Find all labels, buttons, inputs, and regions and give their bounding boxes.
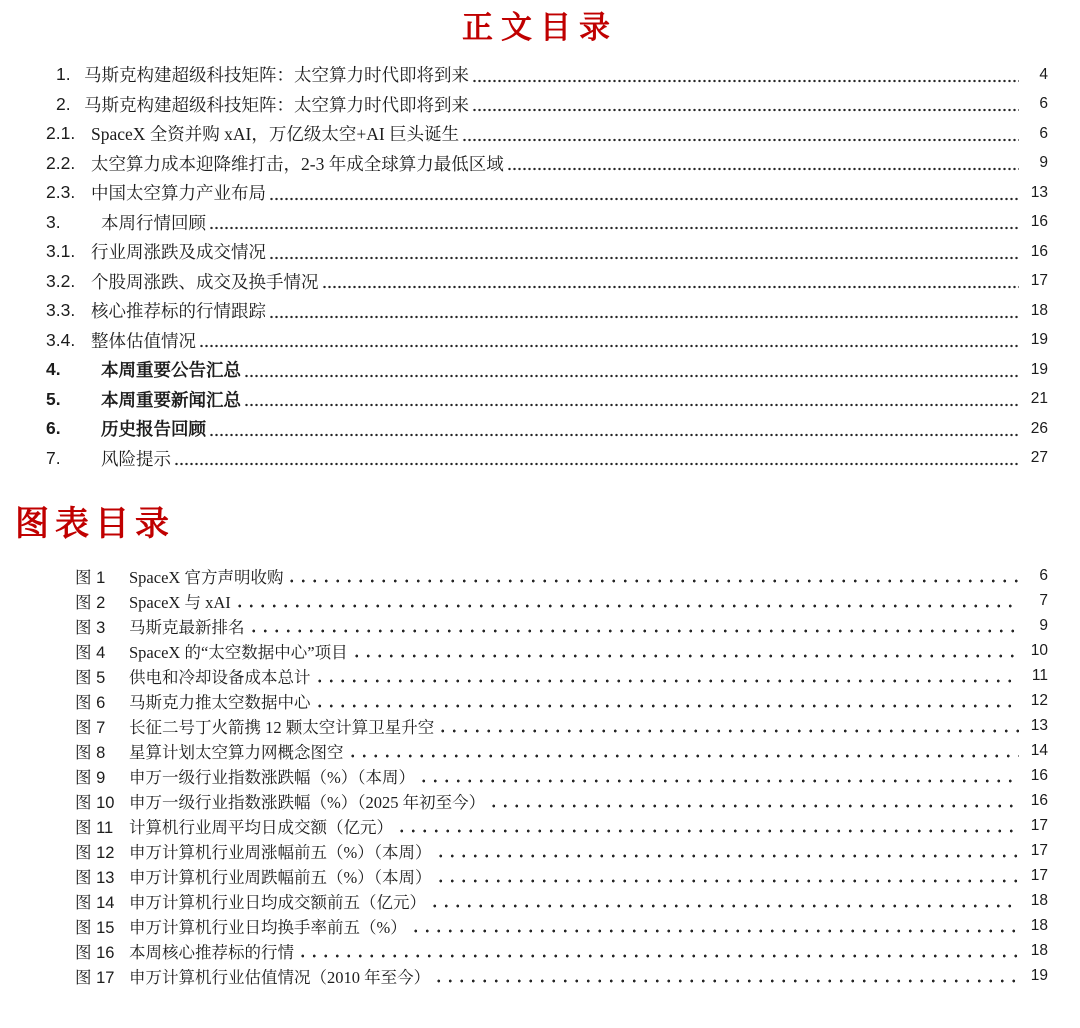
toc-entry-page: 16 — [1022, 243, 1048, 261]
dot-leader-icon — [429, 904, 1019, 908]
toc-entry-page: 13 — [1022, 717, 1048, 735]
dot-leader-icon — [174, 462, 1019, 466]
toc-entry-number: 图 14 — [75, 889, 129, 913]
toc-entry-title: SpaceX 官方声明收购 — [129, 564, 283, 588]
dot-leader-icon — [269, 256, 1019, 260]
dot-leader-icon — [297, 954, 1019, 958]
dot-leader-icon — [462, 138, 1019, 142]
toc-entry-number: 3.4. — [46, 330, 91, 351]
toc-entry-page: 4 — [1022, 66, 1048, 84]
main-toc-entry[interactable]: 5. 本周重要新闻汇总 21 — [46, 385, 1048, 415]
figure-toc-title: 图表目录 — [15, 503, 1080, 547]
toc-entry-number: 3. — [46, 212, 101, 233]
toc-entry-page: 16 — [1022, 767, 1048, 785]
toc-entry-page: 26 — [1022, 420, 1048, 438]
toc-entry-title: 太空算力成本迎降维打击，2-3 年成全球算力最低区域 — [91, 151, 504, 176]
toc-entry-page: 9 — [1022, 617, 1048, 635]
toc-entry-title: 本周行情回顾 — [101, 210, 206, 235]
dot-leader-icon — [410, 929, 1019, 933]
dot-leader-icon — [269, 315, 1019, 319]
toc-entry-title: 马斯克力推太空数据中心 — [129, 689, 311, 713]
toc-entry-page: 6 — [1022, 95, 1048, 113]
toc-entry-number: 图 16 — [75, 939, 129, 963]
toc-entry-number: 图 3 — [75, 614, 129, 638]
dot-leader-icon — [435, 854, 1020, 858]
toc-entry-number: 2. — [56, 94, 84, 115]
figure-toc-entry[interactable]: 图 4 SpaceX 的“太空数据中心”项目 10 — [75, 638, 1048, 663]
toc-entry-title: 本周核心推荐标的行情 — [129, 939, 294, 963]
toc-entry-number: 3.2. — [46, 271, 91, 292]
main-toc-entry[interactable]: 3.2. 个股周涨跌、成交及换手情况 17 — [46, 267, 1048, 297]
dot-leader-icon — [314, 679, 1020, 683]
dot-leader-icon — [234, 604, 1019, 608]
figure-toc-entry[interactable]: 图 13 申万计算机行业周跌幅前五（%）（本周） 17 — [75, 863, 1048, 888]
toc-entry-number: 2.3. — [46, 182, 91, 203]
dot-leader-icon — [433, 979, 1019, 983]
toc-entry-page: 18 — [1022, 917, 1048, 935]
dot-leader-icon — [488, 804, 1019, 808]
toc-entry-title: 申万计算机行业周跌幅前五（%）（本周） — [129, 864, 432, 888]
figure-toc-entry[interactable]: 图 7 长征二号丁火箭携 12 颗太空计算卫星升空 13 — [75, 713, 1048, 738]
toc-entry-number: 图 2 — [75, 589, 129, 613]
toc-entry-title: 整体估值情况 — [91, 328, 196, 353]
toc-entry-page: 27 — [1022, 449, 1048, 467]
toc-entry-page: 7 — [1022, 592, 1048, 610]
dot-leader-icon — [199, 344, 1019, 348]
toc-entry-title: 历史报告回顾 — [101, 416, 206, 441]
toc-entry-title: 马斯克构建超级科技矩阵：太空算力时代即将到来 — [84, 92, 469, 117]
main-toc-list: 1. 马斯克构建超级科技矩阵：太空算力时代即将到来 4 2. 马斯克构建超级科技… — [0, 60, 1048, 473]
figure-toc-entry[interactable]: 图 17 申万计算机行业估值情况（2010 年至今） 19 — [75, 963, 1048, 988]
dot-leader-icon — [209, 226, 1019, 230]
dot-leader-icon — [437, 729, 1019, 733]
toc-entry-page: 19 — [1022, 361, 1048, 379]
toc-entry-page: 9 — [1022, 154, 1048, 172]
toc-entry-number: 图 10 — [75, 789, 129, 813]
dot-leader-icon — [269, 197, 1019, 201]
toc-entry-number: 3.3. — [46, 300, 91, 321]
toc-entry-title: 计算机行业周平均日成交额（亿元） — [129, 814, 393, 838]
figure-toc-entry[interactable]: 图 5 供电和冷却设备成本总计 11 — [75, 663, 1048, 688]
toc-entry-title: 申万计算机行业估值情况（2010 年至今） — [129, 964, 430, 988]
toc-entry-title: 马斯克最新排名 — [129, 614, 245, 638]
figure-toc-entry[interactable]: 图 12 申万计算机行业周涨幅前五（%）（本周） 17 — [75, 838, 1048, 863]
toc-entry-title: 中国太空算力产业布局 — [91, 180, 266, 205]
main-toc-entry[interactable]: 2.2. 太空算力成本迎降维打击，2-3 年成全球算力最低区域 9 — [46, 149, 1048, 179]
toc-entry-page: 17 — [1022, 842, 1048, 860]
dot-leader-icon — [244, 374, 1019, 378]
toc-entry-title: 本周重要公告汇总 — [101, 357, 241, 382]
dot-leader-icon — [244, 403, 1019, 407]
figure-toc-entry[interactable]: 图 16 本周核心推荐标的行情 18 — [75, 938, 1048, 963]
figure-toc-entry[interactable]: 图 3 马斯克最新排名 9 — [75, 613, 1048, 638]
main-toc-entry[interactable]: 7. 风险提示 27 — [46, 444, 1048, 474]
toc-entry-page: 18 — [1022, 942, 1048, 960]
toc-entry-number: 图 9 — [75, 764, 129, 788]
toc-entry-page: 12 — [1022, 692, 1048, 710]
dot-leader-icon — [472, 108, 1019, 112]
dot-leader-icon — [351, 654, 1019, 658]
toc-entry-page: 17 — [1022, 272, 1048, 290]
toc-entry-title: 申万计算机行业周涨幅前五（%）（本周） — [129, 839, 432, 863]
toc-entry-title: 申万一级行业指数涨跌幅（%）（2025 年初至今） — [129, 789, 485, 813]
toc-entry-title: 风险提示 — [101, 446, 171, 471]
dot-leader-icon — [418, 779, 1019, 783]
toc-entry-page: 14 — [1022, 742, 1048, 760]
toc-entry-page: 18 — [1022, 302, 1048, 320]
figure-toc-entry[interactable]: 图 10 申万一级行业指数涨跌幅（%）（2025 年初至今） 16 — [75, 788, 1048, 813]
toc-entry-number: 6. — [46, 418, 101, 439]
toc-entry-title: 长征二号丁火箭携 12 颗太空计算卫星升空 — [129, 714, 434, 738]
toc-entry-page: 17 — [1022, 817, 1048, 835]
toc-entry-number: 图 4 — [75, 639, 129, 663]
toc-entry-page: 16 — [1022, 792, 1048, 810]
main-toc-entry[interactable]: 3.4. 整体估值情况 19 — [46, 326, 1048, 356]
dot-leader-icon — [507, 167, 1019, 171]
toc-entry-page: 19 — [1022, 331, 1048, 349]
toc-entry-page: 18 — [1022, 892, 1048, 910]
figure-toc-entry[interactable]: 图 15 申万计算机行业日均换手率前五（%） 18 — [75, 913, 1048, 938]
figure-toc-entry[interactable]: 图 1 SpaceX 官方声明收购 6 — [75, 563, 1048, 588]
toc-entry-number: 7. — [46, 448, 101, 469]
main-toc-entry[interactable]: 6. 历史报告回顾 26 — [46, 414, 1048, 444]
toc-entry-title: SpaceX 的“太空数据中心”项目 — [129, 639, 348, 663]
toc-entry-title: 星算计划太空算力网概念图空 — [129, 739, 344, 763]
toc-entry-number: 图 7 — [75, 714, 129, 738]
main-toc-entry[interactable]: 3.3. 核心推荐标的行情跟踪 18 — [46, 296, 1048, 326]
toc-entry-number: 2.2. — [46, 153, 91, 174]
main-toc-title: 正文目录 — [0, 8, 1080, 48]
dot-leader-icon — [435, 879, 1020, 883]
toc-entry-title: 申万计算机行业日均成交额前五（亿元） — [129, 889, 426, 913]
toc-entry-title: 行业周涨跌及成交情况 — [91, 239, 266, 264]
toc-entry-number: 5. — [46, 389, 101, 410]
main-toc-entry[interactable]: 2. 马斯克构建超级科技矩阵：太空算力时代即将到来 6 — [56, 90, 1048, 120]
toc-entry-title: SpaceX 全资并购 xAI，万亿级太空+AI 巨头诞生 — [91, 121, 459, 146]
document-page: 正文目录 1. 马斯克构建超级科技矩阵：太空算力时代即将到来 4 2. 马斯克构… — [0, 8, 1080, 1028]
figure-toc-list: 图 1 SpaceX 官方声明收购 6 图 2 SpaceX 与 xAI 7 图… — [0, 563, 1048, 988]
toc-entry-page: 13 — [1022, 184, 1048, 202]
toc-entry-title: 核心推荐标的行情跟踪 — [91, 298, 266, 323]
toc-entry-page: 21 — [1022, 390, 1048, 408]
main-toc-entry[interactable]: 3. 本周行情回顾 16 — [46, 208, 1048, 238]
toc-entry-page: 19 — [1022, 967, 1048, 985]
dot-leader-icon — [314, 704, 1020, 708]
toc-entry-number: 3.1. — [46, 241, 91, 262]
toc-entry-number: 图 1 — [75, 564, 129, 588]
toc-entry-number: 图 5 — [75, 664, 129, 688]
toc-entry-page: 6 — [1022, 125, 1048, 143]
toc-entry-title: 供电和冷却设备成本总计 — [129, 664, 311, 688]
toc-entry-page: 6 — [1022, 567, 1048, 585]
main-toc-entry[interactable]: 1. 马斯克构建超级科技矩阵：太空算力时代即将到来 4 — [56, 60, 1048, 90]
toc-entry-number: 1. — [56, 64, 84, 85]
figure-toc-entry[interactable]: 图 2 SpaceX 与 xAI 7 — [75, 588, 1048, 613]
dot-leader-icon — [347, 754, 1020, 758]
toc-entry-number: 图 11 — [75, 814, 129, 838]
toc-entry-number: 2.1. — [46, 123, 91, 144]
toc-entry-page: 16 — [1022, 213, 1048, 231]
toc-entry-title: 申万计算机行业日均换手率前五（%） — [129, 914, 407, 938]
dot-leader-icon — [248, 629, 1020, 633]
toc-entry-number: 图 17 — [75, 964, 129, 988]
toc-entry-title: 马斯克构建超级科技矩阵：太空算力时代即将到来 — [84, 62, 469, 87]
dot-leader-icon — [209, 433, 1019, 437]
figure-toc-entry[interactable]: 图 6 马斯克力推太空数据中心 12 — [75, 688, 1048, 713]
toc-entry-number: 图 15 — [75, 914, 129, 938]
main-toc-entry[interactable]: 4. 本周重要公告汇总 19 — [46, 355, 1048, 385]
toc-entry-page: 17 — [1022, 867, 1048, 885]
dot-leader-icon — [322, 285, 1020, 289]
toc-entry-title: 个股周涨跌、成交及换手情况 — [91, 269, 319, 294]
toc-entry-title: 申万一级行业指数涨跌幅（%）（本周） — [129, 764, 415, 788]
toc-entry-page: 10 — [1022, 642, 1048, 660]
toc-entry-number: 图 13 — [75, 864, 129, 888]
main-toc-entry[interactable]: 3.1. 行业周涨跌及成交情况 16 — [46, 237, 1048, 267]
dot-leader-icon — [472, 79, 1019, 83]
figure-toc-entry[interactable]: 图 14 申万计算机行业日均成交额前五（亿元） 18 — [75, 888, 1048, 913]
main-toc-entry[interactable]: 2.3. 中国太空算力产业布局 13 — [46, 178, 1048, 208]
figure-toc-entry[interactable]: 图 9 申万一级行业指数涨跌幅（%）（本周） 16 — [75, 763, 1048, 788]
figure-toc-entry[interactable]: 图 11 计算机行业周平均日成交额（亿元） 17 — [75, 813, 1048, 838]
toc-entry-title: SpaceX 与 xAI — [129, 589, 231, 613]
toc-entry-page: 11 — [1022, 667, 1048, 685]
figure-toc-entry[interactable]: 图 8 星算计划太空算力网概念图空 14 — [75, 738, 1048, 763]
toc-entry-number: 图 12 — [75, 839, 129, 863]
toc-entry-number: 4. — [46, 359, 101, 380]
toc-entry-number: 图 6 — [75, 689, 129, 713]
main-toc-entry[interactable]: 2.1. SpaceX 全资并购 xAI，万亿级太空+AI 巨头诞生 6 — [46, 119, 1048, 149]
toc-entry-number: 图 8 — [75, 739, 129, 763]
dot-leader-icon — [396, 829, 1019, 833]
toc-entry-title: 本周重要新闻汇总 — [101, 387, 241, 412]
dot-leader-icon — [286, 579, 1019, 583]
